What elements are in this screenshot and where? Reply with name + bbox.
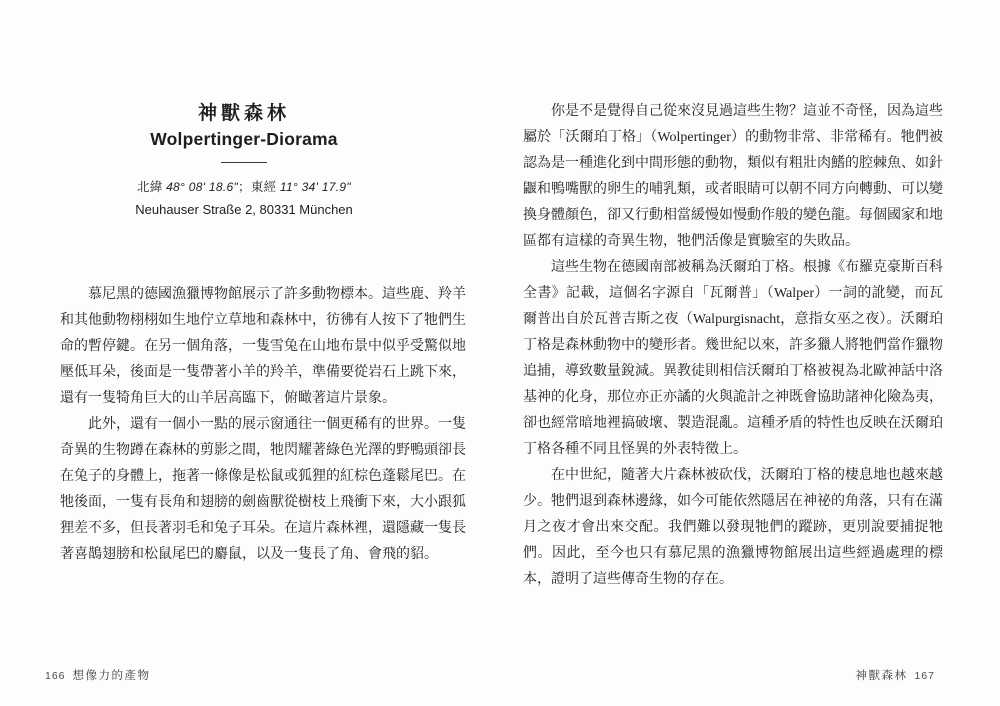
address-line: Neuhauser Straße 2, 80331 München bbox=[60, 202, 428, 219]
left-page-footer: 166想像力的產物 bbox=[45, 667, 151, 683]
right-page-body: 你是不是覺得自己從來沒見過這些生物？這並不奇怪，因為這些屬於「沃爾珀丁格」（Wo… bbox=[523, 99, 943, 593]
chapter-header: 神獸森林 Wolpertinger-Diorama 北緯 48° 08' 18.… bbox=[60, 103, 428, 219]
body-paragraph: 這些生物在德國南部被稱為沃爾珀丁格。根據《布羅克豪斯百科全書》記載，這個名字源自… bbox=[523, 255, 943, 463]
body-paragraph: 在中世紀，隨著大片森林被砍伐，沃爾珀丁格的棲息地也越來越少。牠們退到森林邊緣，如… bbox=[523, 463, 943, 593]
right-page: 你是不是覺得自己從來沒見過這些生物？這並不奇怪，因為這些屬於「沃爾珀丁格」（Wo… bbox=[523, 0, 943, 706]
running-title-left: 想像力的產物 bbox=[73, 670, 151, 682]
body-paragraph: 你是不是覺得自己從來沒見過這些生物？這並不奇怪，因為這些屬於「沃爾珀丁格」（Wo… bbox=[523, 99, 943, 255]
left-page-body: 慕尼黑的德國漁獵博物館展示了許多動物標本。這些鹿、羚羊和其他動物栩栩如生地佇立草… bbox=[60, 282, 466, 568]
latitude-value: 48° 08' 18.6" bbox=[166, 180, 238, 194]
coordinates-separator: ； bbox=[238, 180, 251, 194]
body-paragraph: 此外，還有一個小一點的展示窗通往一個更稀有的世界。一隻奇異的生物蹲在森林的剪影之… bbox=[60, 412, 466, 568]
chapter-title-de: Wolpertinger-Diorama bbox=[60, 130, 428, 149]
coordinates-line: 北緯 48° 08' 18.6"；東經 11° 34' 17.9" bbox=[60, 179, 428, 196]
book-spread: 神獸森林 Wolpertinger-Diorama 北緯 48° 08' 18.… bbox=[0, 0, 1000, 706]
latitude-label: 北緯 bbox=[137, 180, 166, 194]
left-page: 神獸森林 Wolpertinger-Diorama 北緯 48° 08' 18.… bbox=[60, 0, 466, 706]
chapter-title-zh: 神獸森林 bbox=[60, 103, 428, 125]
right-page-footer: 神獸森林167 bbox=[855, 667, 935, 683]
page-number-right: 167 bbox=[914, 670, 935, 682]
running-title-right: 神獸森林 bbox=[855, 670, 907, 682]
page-number-left: 166 bbox=[45, 670, 66, 682]
title-divider bbox=[221, 162, 267, 163]
longitude-value: 11° 34' 17.9" bbox=[280, 180, 351, 194]
body-paragraph: 慕尼黑的德國漁獵博物館展示了許多動物標本。這些鹿、羚羊和其他動物栩栩如生地佇立草… bbox=[60, 282, 466, 412]
longitude-label: 東經 bbox=[251, 180, 280, 194]
